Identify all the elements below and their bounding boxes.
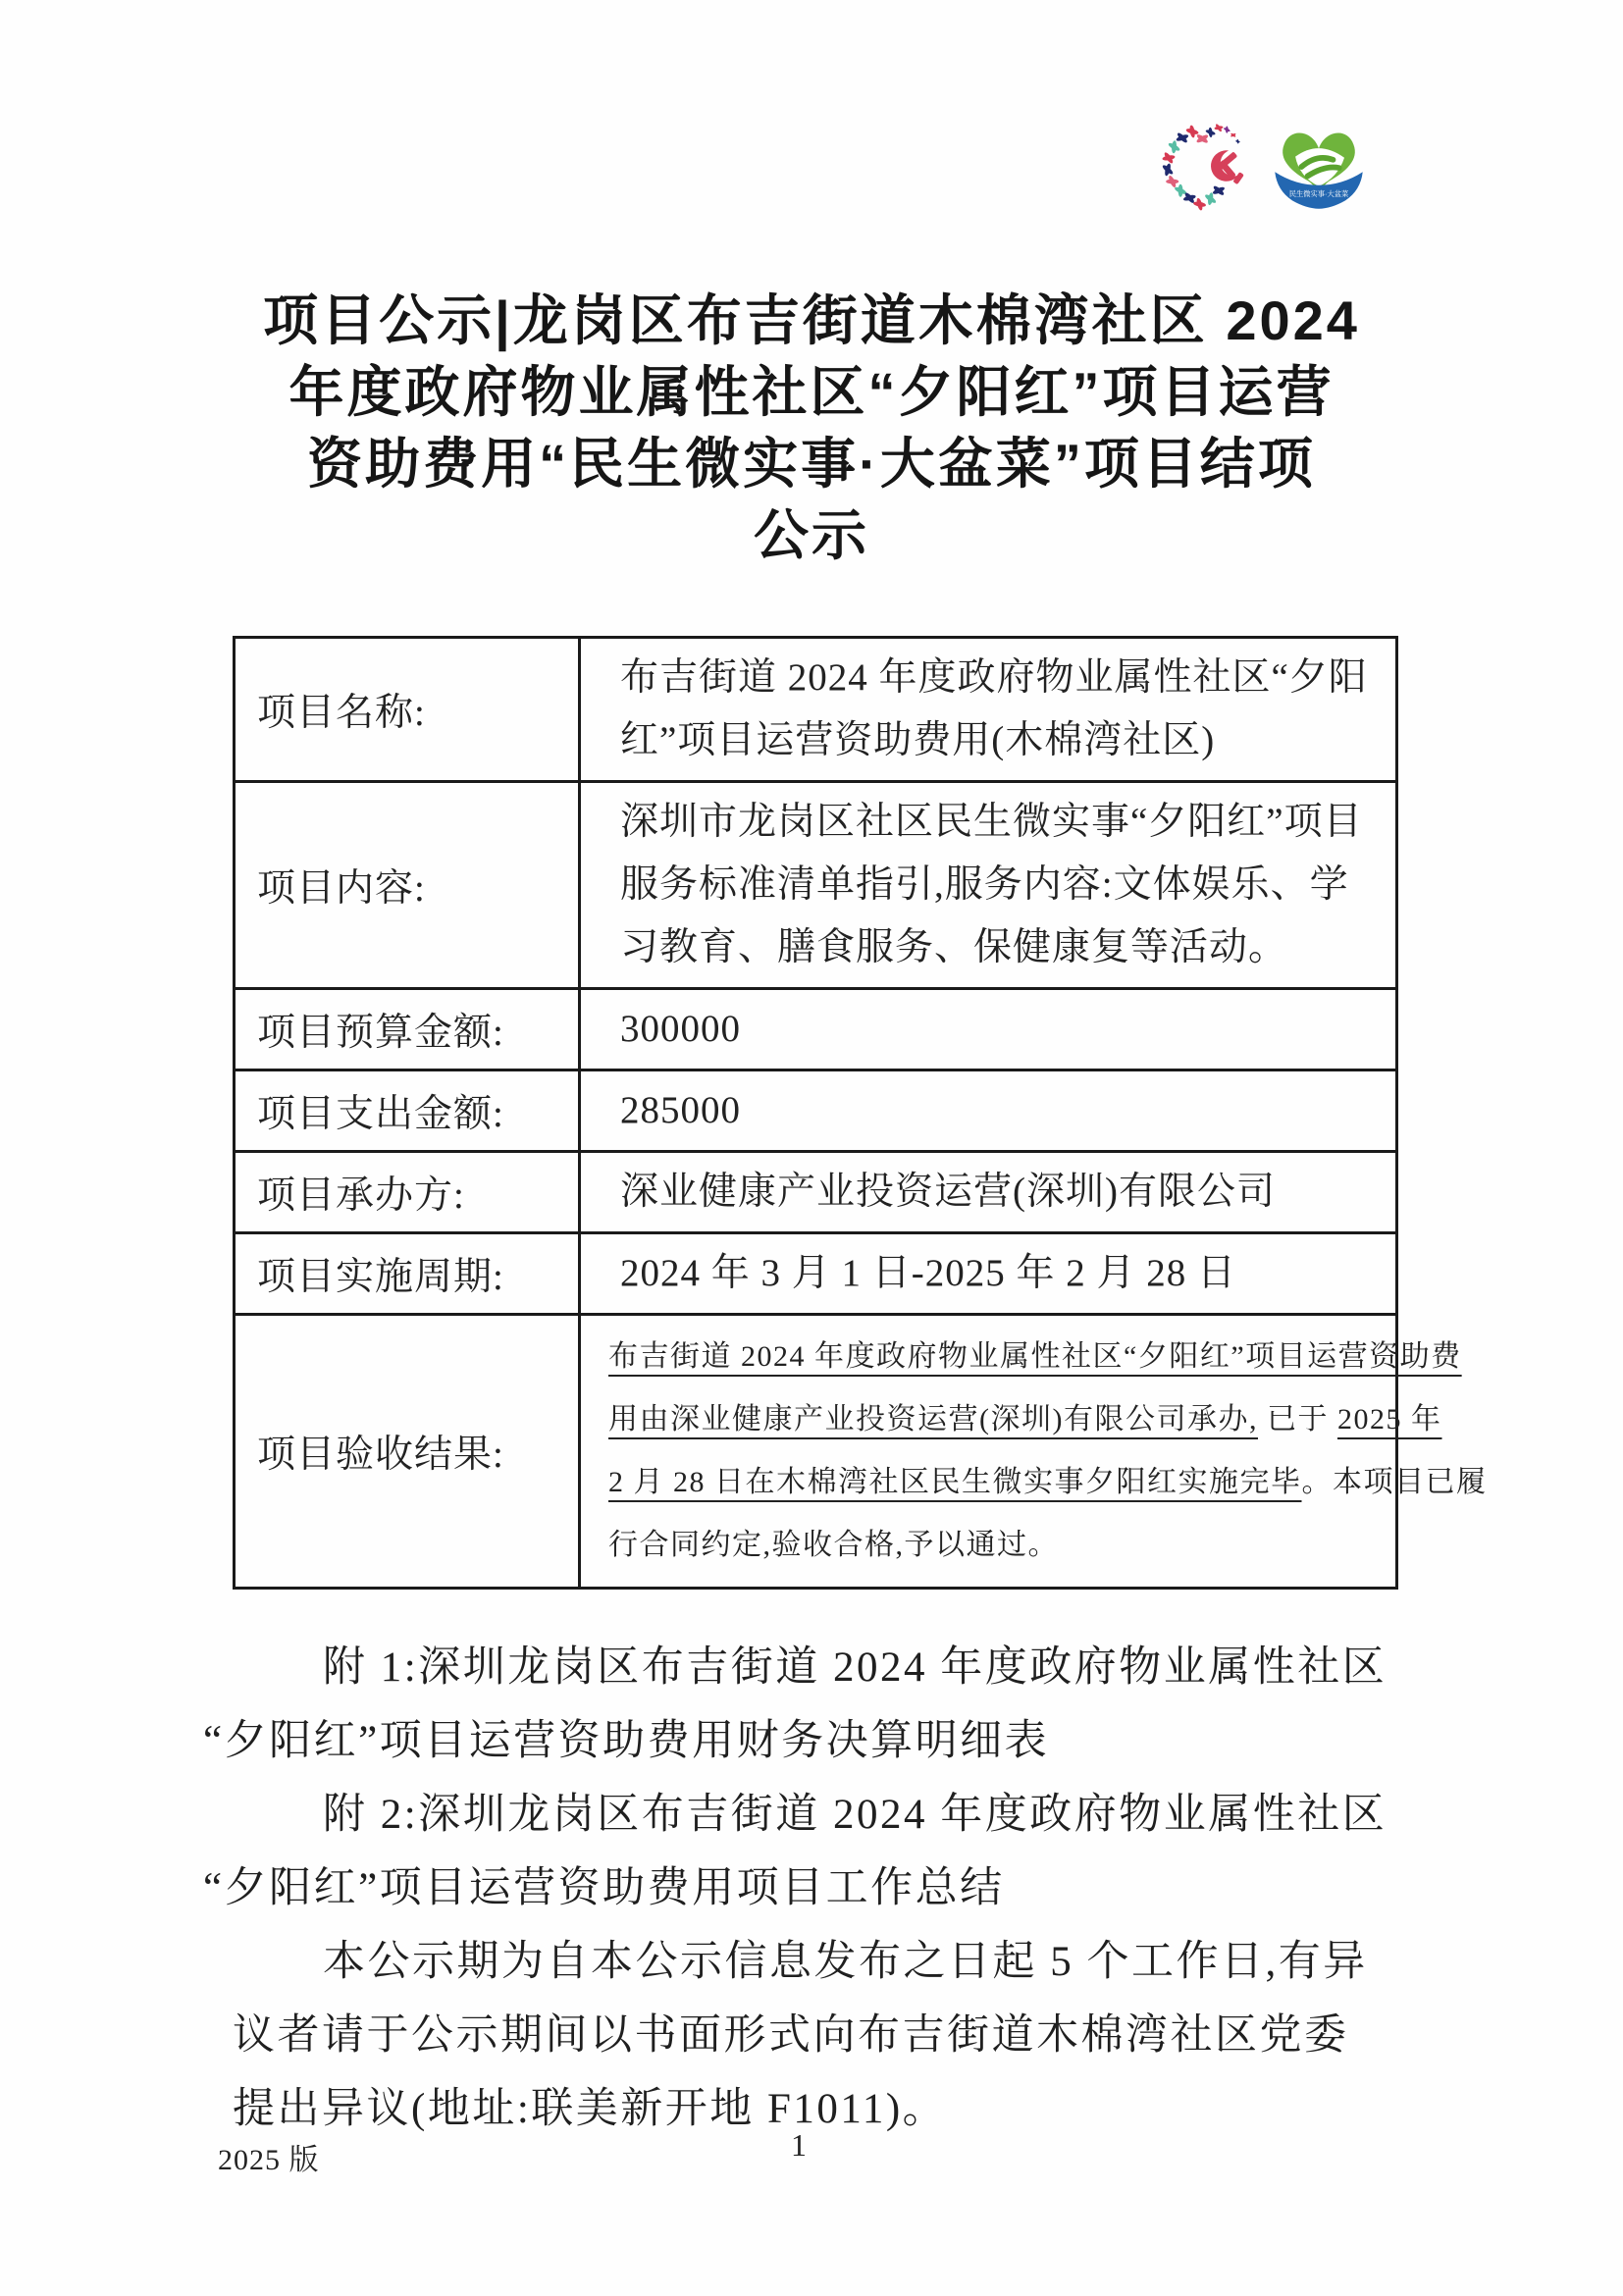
row-label-undertaker: 项目承办方: <box>235 1152 580 1233</box>
note-line: 本公示期为自本公示信息发布之日起 5 个工作日,有异 <box>233 1925 1410 1999</box>
row-label-implementation-period: 项目实施周期: <box>235 1233 580 1315</box>
document-page: 民生微实事·大盆菜 项目公示|龙岗区布吉街道木棉湾社区 2024 年度政府物业属… <box>0 0 1623 2296</box>
table-row: 项目承办方: 深业健康产业投资运营(深圳)有限公司 <box>235 1152 1397 1233</box>
title-line: 公示 <box>108 499 1515 571</box>
title-line: 年度政府物业属性社区“夕阳红”项目运营 <box>108 356 1515 428</box>
row-label-acceptance-result: 项目验收结果: <box>235 1315 580 1589</box>
title-line: 资助费用“民生微实事·大盆菜”项目结项 <box>108 428 1515 499</box>
attachment-notes: 附 1:深圳龙岗区布吉街道 2024 年度政府物业属性社区 “夕阳红”项目运营资… <box>233 1631 1410 2146</box>
row-label-project-name: 项目名称: <box>235 638 580 782</box>
table-row: 项目预算金额: 300000 <box>235 989 1397 1070</box>
row-value-implementation-period: 2024 年 3 月 1 日-2025 年 2 月 28 日 <box>580 1233 1397 1315</box>
note-line: “夕阳红”项目运营资助费用项目工作总结 <box>203 1852 1410 1925</box>
note-line: 提出异议(地址:联美新开地 F1011)。 <box>233 2072 1410 2146</box>
title-line: 项目公示|龙岗区布吉街道木棉湾社区 2024 <box>108 285 1515 356</box>
table-row: 项目验收结果: 布吉街道 2024 年度政府物业属性社区“夕阳红”项目运营资助费… <box>235 1315 1397 1589</box>
minsheng-dapencai-logo-icon: 民生微实事·大盆菜 <box>1268 114 1370 216</box>
row-label-expense-amount: 项目支出金额: <box>235 1070 580 1152</box>
party-heart-logo-icon <box>1156 114 1256 224</box>
project-info-table: 项目名称: 布吉街道 2024 年度政府物业属性社区“夕阳红”项目运营资助费用(… <box>233 636 1398 1590</box>
acceptance-result-text: 布吉街道 2024 年度政府物业属性社区“夕阳红”项目运营资助费用由深业健康产业… <box>580 1315 1397 1589</box>
note-line: 议者请于公示期间以书面形式向布吉街道木棉湾社区党委 <box>233 1999 1410 2072</box>
row-value-expense-amount: 285000 <box>580 1070 1397 1152</box>
row-value-project-content: 深圳市龙岗区社区民生微实事“夕阳红”项目服务标准清单指引,服务内容:文体娱乐、学… <box>580 782 1397 989</box>
table-row: 项目内容: 深圳市龙岗区社区民生微实事“夕阳红”项目服务标准清单指引,服务内容:… <box>235 782 1397 989</box>
logo-row: 民生微实事·大盆菜 <box>1156 114 1370 224</box>
table-row: 项目名称: 布吉街道 2024 年度政府物业属性社区“夕阳红”项目运营资助费用(… <box>235 638 1397 782</box>
row-value-budget-amount: 300000 <box>580 989 1397 1070</box>
table-row: 项目实施周期: 2024 年 3 月 1 日-2025 年 2 月 28 日 <box>235 1233 1397 1315</box>
table-row: 项目支出金额: 285000 <box>235 1070 1397 1152</box>
hammer-sickle-icon <box>1211 150 1244 184</box>
row-label-budget-amount: 项目预算金额: <box>235 989 580 1070</box>
footer-version: 2025 版 <box>218 2135 320 2178</box>
row-label-project-content: 项目内容: <box>235 782 580 989</box>
row-value-undertaker: 深业健康产业投资运营(深圳)有限公司 <box>580 1152 1397 1233</box>
note-line: 附 1:深圳龙岗区布吉街道 2024 年度政府物业属性社区 <box>233 1631 1410 1704</box>
row-value-project-name: 布吉街道 2024 年度政府物业属性社区“夕阳红”项目运营资助费用(木棉湾社区) <box>580 638 1397 782</box>
document-title: 项目公示|龙岗区布吉街道木棉湾社区 2024 年度政府物业属性社区“夕阳红”项目… <box>108 285 1515 571</box>
minsheng-logo-caption: 民生微实事·大盆菜 <box>1289 189 1349 198</box>
page-number: 1 <box>791 2127 807 2164</box>
note-line: “夕阳红”项目运营资助费用财务决算明细表 <box>203 1704 1410 1778</box>
note-line: 附 2:深圳龙岗区布吉街道 2024 年度政府物业属性社区 <box>233 1778 1410 1852</box>
